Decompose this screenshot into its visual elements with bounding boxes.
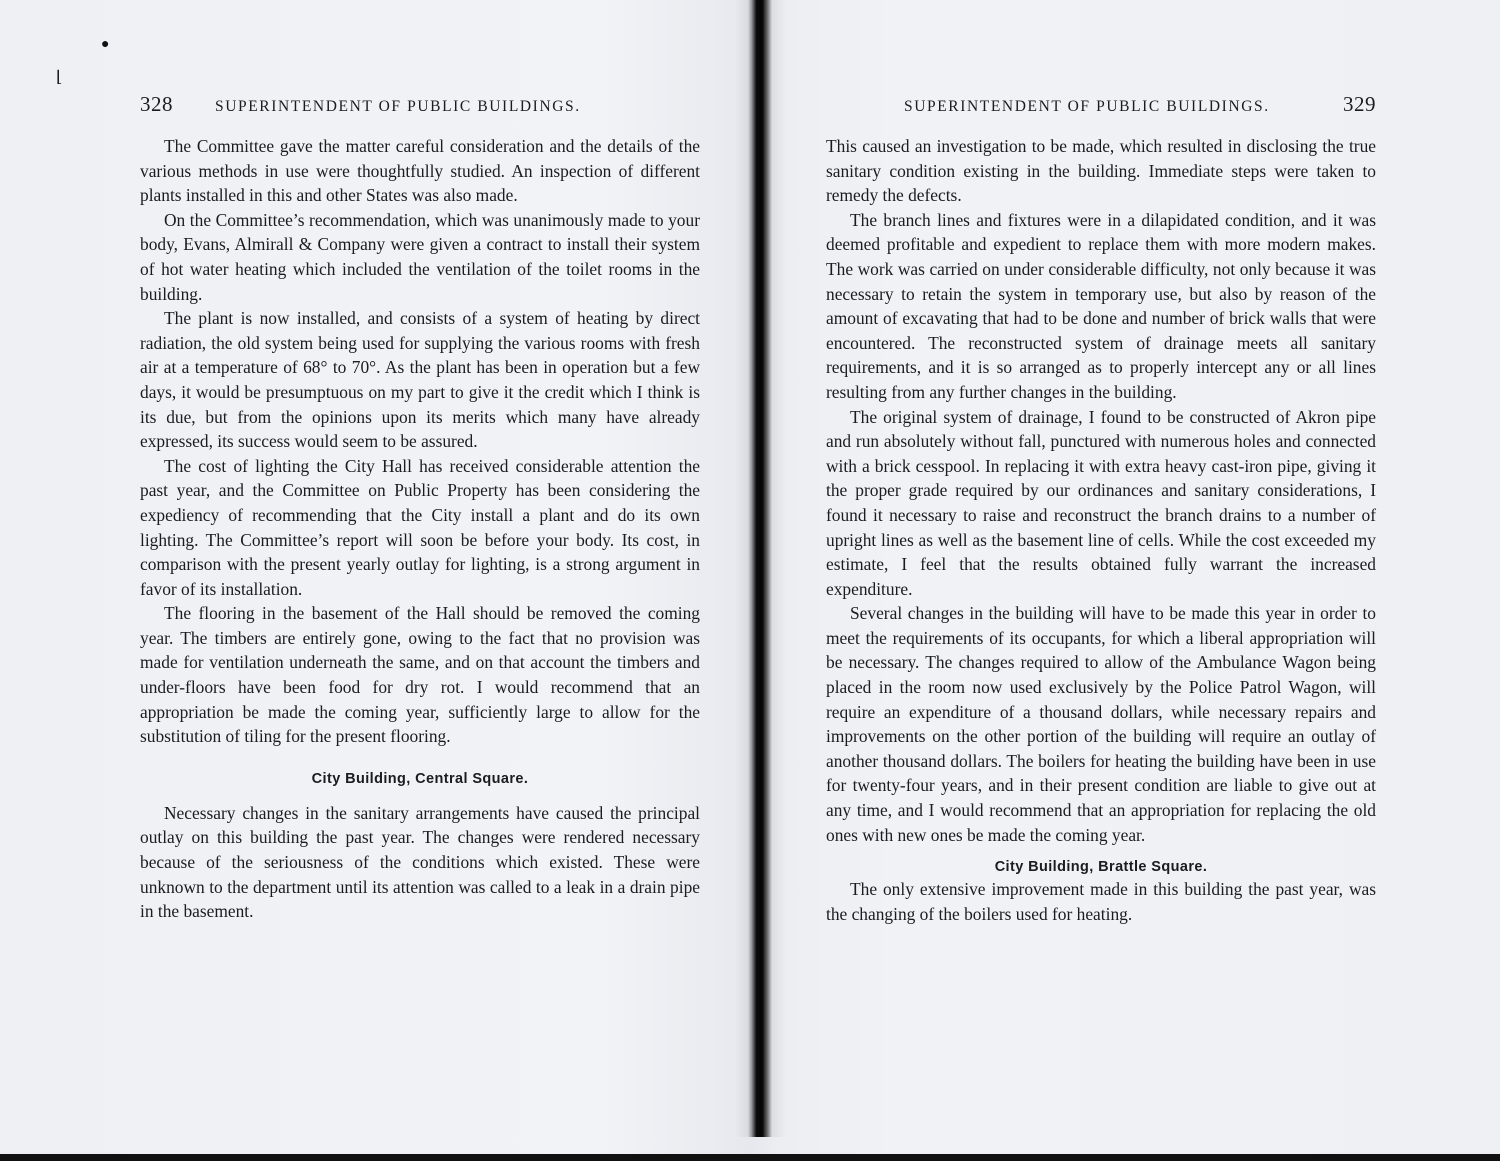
running-head-title: SUPERINTENDENT OF PUBLIC BUILDINGS. xyxy=(215,98,700,116)
paragraph: The branch lines and fixtures were in a … xyxy=(826,208,1376,405)
ink-speck-mark: ● xyxy=(101,38,109,52)
left-body-text: The Committee gave the matter careful co… xyxy=(140,134,700,924)
left-page: 328 SUPERINTENDENT OF PUBLIC BUILDINGS. … xyxy=(140,92,700,924)
paragraph: Necessary changes in the sanitary arrang… xyxy=(140,801,700,924)
scan-bottom-edge xyxy=(0,1154,1500,1161)
right-running-head: SUPERINTENDENT OF PUBLIC BUILDINGS. 329 xyxy=(826,92,1376,122)
continued-paragraph: This caused an investigation to be made,… xyxy=(826,134,1376,208)
page-number: 328 xyxy=(140,92,173,117)
paragraph: The only extensive improvement made in t… xyxy=(826,877,1376,926)
right-page: SUPERINTENDENT OF PUBLIC BUILDINGS. 329 … xyxy=(826,92,1376,926)
paragraph: The Committee gave the matter careful co… xyxy=(140,134,700,208)
book-spine-gutter xyxy=(748,0,772,1137)
running-head-title: SUPERINTENDENT OF PUBLIC BUILDINGS. xyxy=(904,98,1343,116)
paragraph: The cost of lighting the City Hall has r… xyxy=(140,454,700,602)
book-spread: ● ⌊ 328 SUPERINTENDENT OF PUBLIC BUILDIN… xyxy=(0,0,1500,1154)
page-number: 329 xyxy=(1343,92,1376,117)
left-running-head: 328 SUPERINTENDENT OF PUBLIC BUILDINGS. xyxy=(140,92,700,122)
right-body-text: This caused an investigation to be made,… xyxy=(826,134,1376,926)
section-heading: City Building, Brattle Square. xyxy=(826,859,1376,875)
paragraph: On the Committee’s recommendation, which… xyxy=(140,208,700,306)
ink-stroke-mark: ⌊ xyxy=(56,70,62,86)
paragraph: The flooring in the basement of the Hall… xyxy=(140,601,700,749)
paragraph: Several changes in the building will hav… xyxy=(826,601,1376,847)
paragraph: The original system of drainage, I found… xyxy=(826,405,1376,602)
section-heading: City Building, Central Square. xyxy=(140,771,700,787)
paragraph: The plant is now installed, and consists… xyxy=(140,306,700,454)
